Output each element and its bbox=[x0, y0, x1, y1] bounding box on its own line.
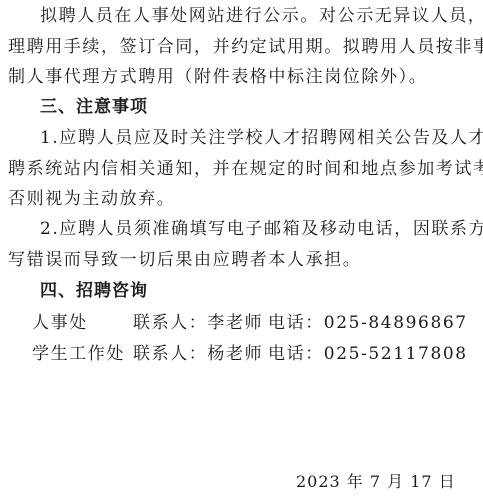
paragraph-line: 1.应聘人员应及时关注学校人才招聘网相关公告及人才招 bbox=[40, 128, 483, 148]
contact-phone: 电话：025-84896867 bbox=[268, 313, 468, 333]
contact-person: 联系人：李老师 bbox=[133, 313, 263, 333]
paragraph-line: 写错误而导致一切后果由应聘者本人承担。 bbox=[8, 250, 478, 270]
paragraph-line: 2.应聘人员须准确填写电子邮箱及移动电话，因联系方式填 bbox=[40, 219, 483, 239]
contact-dept: 学生工作处 bbox=[32, 344, 125, 364]
paragraph-line: 理聘用手续，签订合同，并约定试用期。拟聘用人员按非事业编 bbox=[8, 37, 478, 57]
contact-phone: 电话：025-52117808 bbox=[268, 344, 468, 364]
contact-dept: 人事处 bbox=[32, 313, 88, 333]
paragraph-line: 否则视为主动放弃。 bbox=[8, 189, 478, 209]
section-heading-consult: 四、招聘咨询 bbox=[40, 281, 483, 301]
section-heading-notes: 三、注意事项 bbox=[40, 97, 483, 117]
document-date: 2023 年 7 月 17 日 bbox=[296, 472, 456, 492]
paragraph-line: 制人事代理方式聘用（附件表格中标注岗位除外）。 bbox=[8, 67, 478, 87]
paragraph-line: 拟聘人员在人事处网站进行公示。对公示无异议人员，将办 bbox=[40, 6, 483, 26]
paragraph-line: 聘系统站内信相关通知，并在规定的时间和地点参加考试考核， bbox=[8, 159, 478, 179]
contact-person: 联系人：杨老师 bbox=[133, 344, 263, 364]
